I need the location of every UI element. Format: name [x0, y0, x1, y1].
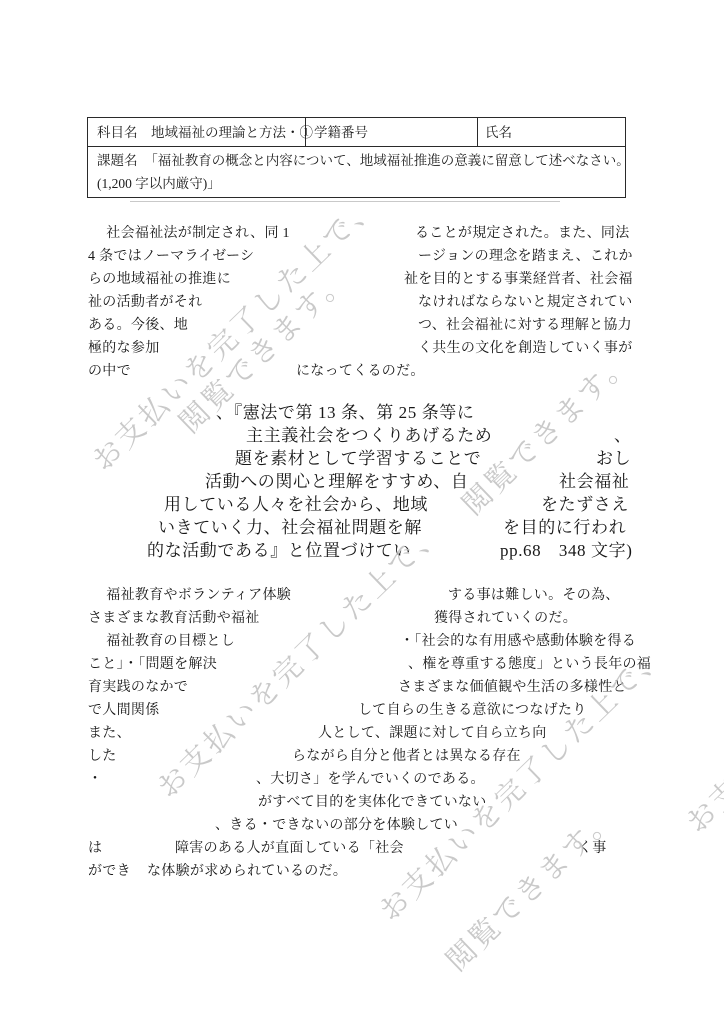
text-segment: こと」・「問題を解決 — [88, 654, 217, 676]
text-line: らの地域福祉の推進に祉を目的とする事業経営者、社会福 — [0, 269, 724, 292]
text-line: 、『憲法で第 13 条、第 25 条等に — [0, 402, 724, 425]
text-segment: 4 条ではノーマライゼーシ — [88, 246, 254, 268]
text-segment: がすべて目的を実体化できていない — [258, 792, 487, 814]
text-segment: また、 — [88, 723, 131, 745]
text-segment: 獲得されていくのだ。 — [434, 608, 577, 630]
text-segment: 社会福祉 — [559, 471, 629, 493]
student-id-cell: 学籍番号 — [314, 126, 368, 140]
text-segment: 育実践のなかで — [88, 677, 188, 699]
text-line: ・、大切さ」を学んでいくのである。 — [0, 769, 724, 792]
text-segment: 題を素材として学習することで — [235, 448, 481, 470]
text-segment: pp.68 348 文字) — [500, 540, 632, 562]
text-segment: の中で — [88, 361, 131, 383]
text-line: また、人として、課題に対して自ら立ち向 — [0, 723, 724, 746]
text-segment: ・「社会的な有用感や感動体験を得る — [400, 631, 636, 653]
text-segment: つ、社会福祉に対する理解と協力 — [418, 315, 632, 337]
text-segment: は — [88, 838, 102, 860]
text-segment: ることが規定された。また、同法 — [415, 223, 630, 245]
assignment-title-line2: (1,200 字以内厳守)」 — [97, 177, 221, 191]
text-segment: 祉の活動者がそれ — [88, 292, 202, 314]
assignment-title-line1: 課題名 「福祉教育の概念と内容について、地域福祉推進の意義に留意して述べなさい。 — [97, 154, 630, 168]
text-line: ができな体験が求められているのだ。 — [0, 861, 724, 884]
text-segment: ができ — [88, 861, 131, 883]
text-segment: く共生の文化を創造していく事が — [418, 338, 633, 360]
text-line: は障害のある人が直面している「社会く事 — [0, 838, 724, 861]
text-segment: 主主義社会をつくりあげるため — [246, 425, 492, 447]
table-column-divider — [477, 118, 478, 146]
text-segment: で人間関係 — [88, 700, 160, 722]
text-segment: して自らの生きる意欲につなげたり — [358, 700, 587, 722]
text-segment: する事は難しい。その為、 — [448, 585, 620, 607]
text-segment: 障害のある人が直面している「社会 — [175, 838, 404, 860]
text-segment: ある。今後、地 — [88, 315, 188, 337]
text-segment: さまざまな教育活動や福祉 — [88, 608, 260, 630]
text-segment: 、大切さ」を学んでいくのである。 — [256, 769, 485, 791]
text-segment: した — [88, 746, 117, 768]
text-line: 福祉教育の目標とし・「社会的な有用感や感動体験を得る — [0, 631, 724, 654]
text-line: がすべて目的を実体化できていない — [0, 792, 724, 815]
text-segment: 、きる・できないの部分を体験してい — [215, 815, 458, 837]
text-line: 4 条ではノーマライゼーシージョンの理念を踏まえ、これか — [0, 246, 724, 269]
text-segment: をたずさえ — [541, 494, 629, 516]
text-segment: 極的な参加 — [88, 338, 160, 360]
text-segment: 、『憲法で第 13 条、第 25 条等に — [216, 402, 475, 424]
text-segment: 人として、課題に対して自ら立ち向 — [318, 723, 547, 745]
text-segment: らの地域福祉の推進に — [88, 269, 231, 291]
text-segment: いきていく力、社会福祉問題を解 — [158, 517, 422, 539]
text-segment: 的な活動である』と位置づけてい — [147, 540, 411, 562]
table-row-divider — [88, 146, 625, 147]
text-line: したらながら自分と他者とは異なる存在 — [0, 746, 724, 769]
text-segment: 社会福祉法が制定され、同 1 — [92, 223, 290, 245]
text-segment: ージョンの理念を踏まえ、これか — [418, 246, 633, 268]
text-line: 用している人々を社会から、地域をたずさえ — [0, 494, 724, 517]
text-segment: 福祉教育の目標とし — [92, 631, 235, 653]
text-segment: 福祉教育やボランティア体験 — [92, 585, 291, 607]
text-segment: 用している人々を社会から、地域 — [164, 494, 428, 516]
text-segment: 、 — [614, 425, 632, 447]
text-segment: ・ — [88, 769, 102, 791]
text-segment: を目的に行われ — [503, 517, 626, 539]
document-page: 科目名 地域福祉の理論と方法・① 学籍番号 氏名 課題名 「福祉教育の概念と内容… — [0, 0, 724, 1024]
text-segment: になってくるのだ。 — [296, 361, 425, 383]
table-shadow-line — [130, 201, 560, 202]
text-line: 祉の活動者がそれなければならないと規定されてい — [0, 292, 724, 315]
text-segment: な体験が求められているのだ。 — [147, 861, 347, 883]
text-segment: なければならないと規定されてい — [418, 292, 633, 314]
text-segment: 活動への関心と理解をすすめ、自 — [205, 471, 469, 493]
text-line: ある。今後、地つ、社会福祉に対する理解と協力 — [0, 315, 724, 338]
header-table: 科目名 地域福祉の理論と方法・① 学籍番号 氏名 課題名 「福祉教育の概念と内容… — [87, 117, 626, 198]
text-segment: 祉を目的とする事業経営者、社会福 — [404, 269, 633, 291]
text-line: 的な活動である』と位置づけていpp.68 348 文字) — [0, 540, 724, 563]
text-segment: らながら自分と他者とは異なる存在 — [292, 746, 521, 768]
name-cell: 氏名 — [485, 126, 512, 140]
text-segment: おし — [596, 448, 631, 470]
text-line: いきていく力、社会福祉問題を解を目的に行われ — [0, 517, 724, 540]
subject-cell: 科目名 地域福祉の理論と方法・① — [97, 126, 313, 140]
